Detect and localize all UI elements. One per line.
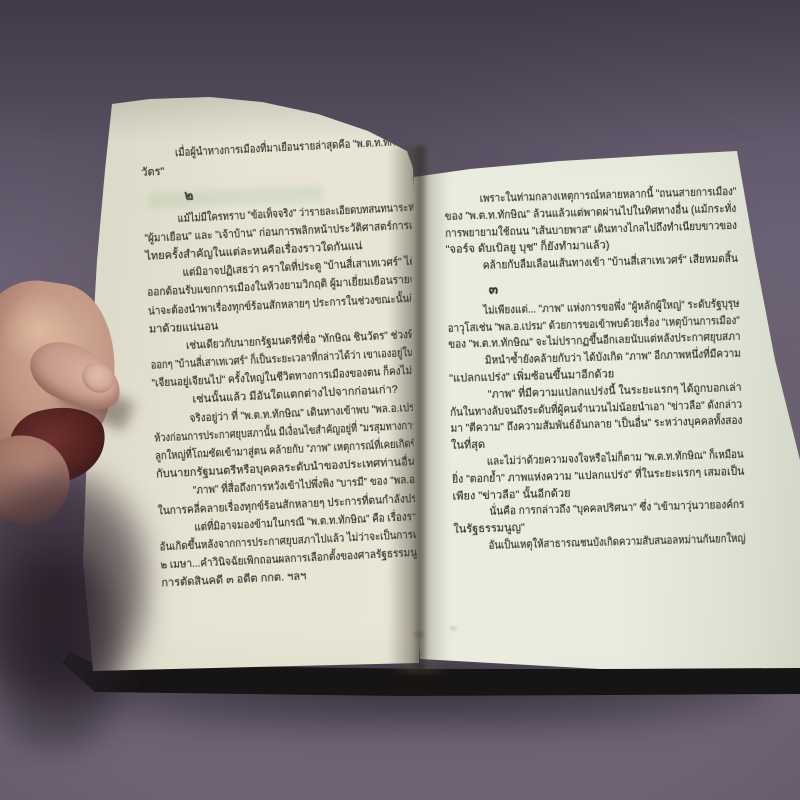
book-photo: เมื่อผู้นำทางการเมืองที่มาเยือนรายล่าสุด…: [0, 0, 800, 800]
page-edge-shadow: [0, 556, 123, 751]
